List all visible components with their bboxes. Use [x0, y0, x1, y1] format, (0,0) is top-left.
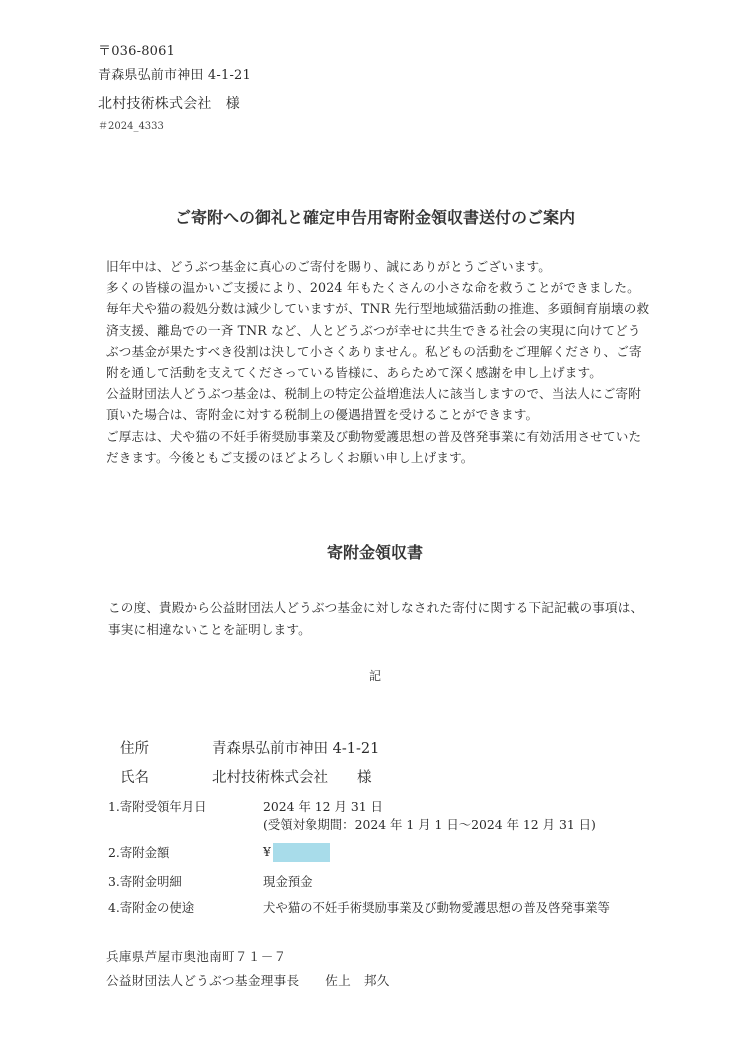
issuer-address: 兵庫県芦屋市奥池南町７１－７ [106, 946, 287, 965]
item-label: 2.寄附金額 [108, 843, 263, 862]
item-label: 3.寄附金明細 [108, 872, 263, 890]
ki-heading: 記 [0, 667, 750, 684]
yen-sign: ¥ [263, 844, 271, 859]
item-label: 4.寄附金の使途 [108, 898, 263, 916]
letter-paragraph: ご厚志は、犬や猫の不妊手術奨励事業及び動物愛護思想の普及啓発事業に有効活用させて… [106, 426, 651, 468]
receipt-item-date: 1.寄附受領年月日 2024 年 12 月 31 日 (受領対象期間：2024 … [108, 797, 596, 833]
certification-text: この度、貴殿から公益財団法人どうぶつ基金に対しなされた寄付に関する下記記載の事項… [108, 597, 648, 640]
receipt-date: 2024 年 12 月 31 日 [263, 799, 383, 814]
item-label: 1.寄附受領年月日 [108, 797, 263, 833]
item-value: 現金預金 [263, 872, 313, 890]
item-value: ¥ [263, 843, 330, 862]
receipt-period: (受領対象期間：2024 年 1 月 1 日～2024 年 12 月 31 日) [263, 817, 596, 832]
address-value: 青森県弘前市神田 4-1-21 [212, 737, 379, 758]
redacted-amount [273, 843, 330, 862]
receipt-item-detail: 3.寄附金明細 現金預金 [108, 872, 313, 890]
receipt-name-row: 氏名 北村技術株式会社 様 [120, 766, 372, 787]
recipient-address: 青森県弘前市神田 4-1-21 [98, 64, 251, 83]
letter-body: 旧年中は、どうぶつ基金に真心のご寄付を賜り、誠にありがとうございます。 多くの皆… [106, 256, 651, 468]
letter-paragraph: 公益財団法人どうぶつ基金は、税制上の特定公益増進法人に該当しますので、当法人にご… [106, 383, 651, 425]
name-value: 北村技術株式会社 様 [212, 766, 372, 787]
receipt-item-usage: 4.寄附金の使途 犬や猫の不妊手術奨励事業及び動物愛護思想の普及啓発事業等 [108, 898, 610, 916]
letter-title: ご寄附への御礼と確定申告用寄附金領収書送付のご案内 [0, 205, 750, 228]
recipient-postal-code: 〒036-8061 [98, 40, 175, 59]
receipt-address-row: 住所 青森県弘前市神田 4-1-21 [120, 737, 379, 758]
recipient-name: 北村技術株式会社 様 [98, 93, 240, 113]
receipt-item-amount: 2.寄附金額 ¥ [108, 843, 330, 862]
name-label: 氏名 [120, 766, 212, 787]
item-value: 犬や猫の不妊手術奨励事業及び動物愛護思想の普及啓発事業等 [263, 898, 610, 916]
issuer-name: 公益財団法人どうぶつ基金理事長 佐上 邦久 [106, 970, 390, 989]
certification-paragraph: この度、貴殿から公益財団法人どうぶつ基金に対しなされた寄付に関する下記記載の事項… [108, 597, 648, 640]
receipt-title: 寄附金領収書 [0, 540, 750, 563]
letter-paragraph: 旧年中は、どうぶつ基金に真心のご寄付を賜り、誠にありがとうございます。 [106, 256, 651, 277]
reference-number: ＃2024_4333 [98, 117, 164, 132]
address-label: 住所 [120, 737, 212, 758]
letter-paragraph: 多くの皆様の温かいご支援により、2024 年もたくさんの小さな命を救うことができ… [106, 277, 651, 383]
item-value: 2024 年 12 月 31 日 (受領対象期間：2024 年 1 月 1 日～… [263, 797, 596, 833]
